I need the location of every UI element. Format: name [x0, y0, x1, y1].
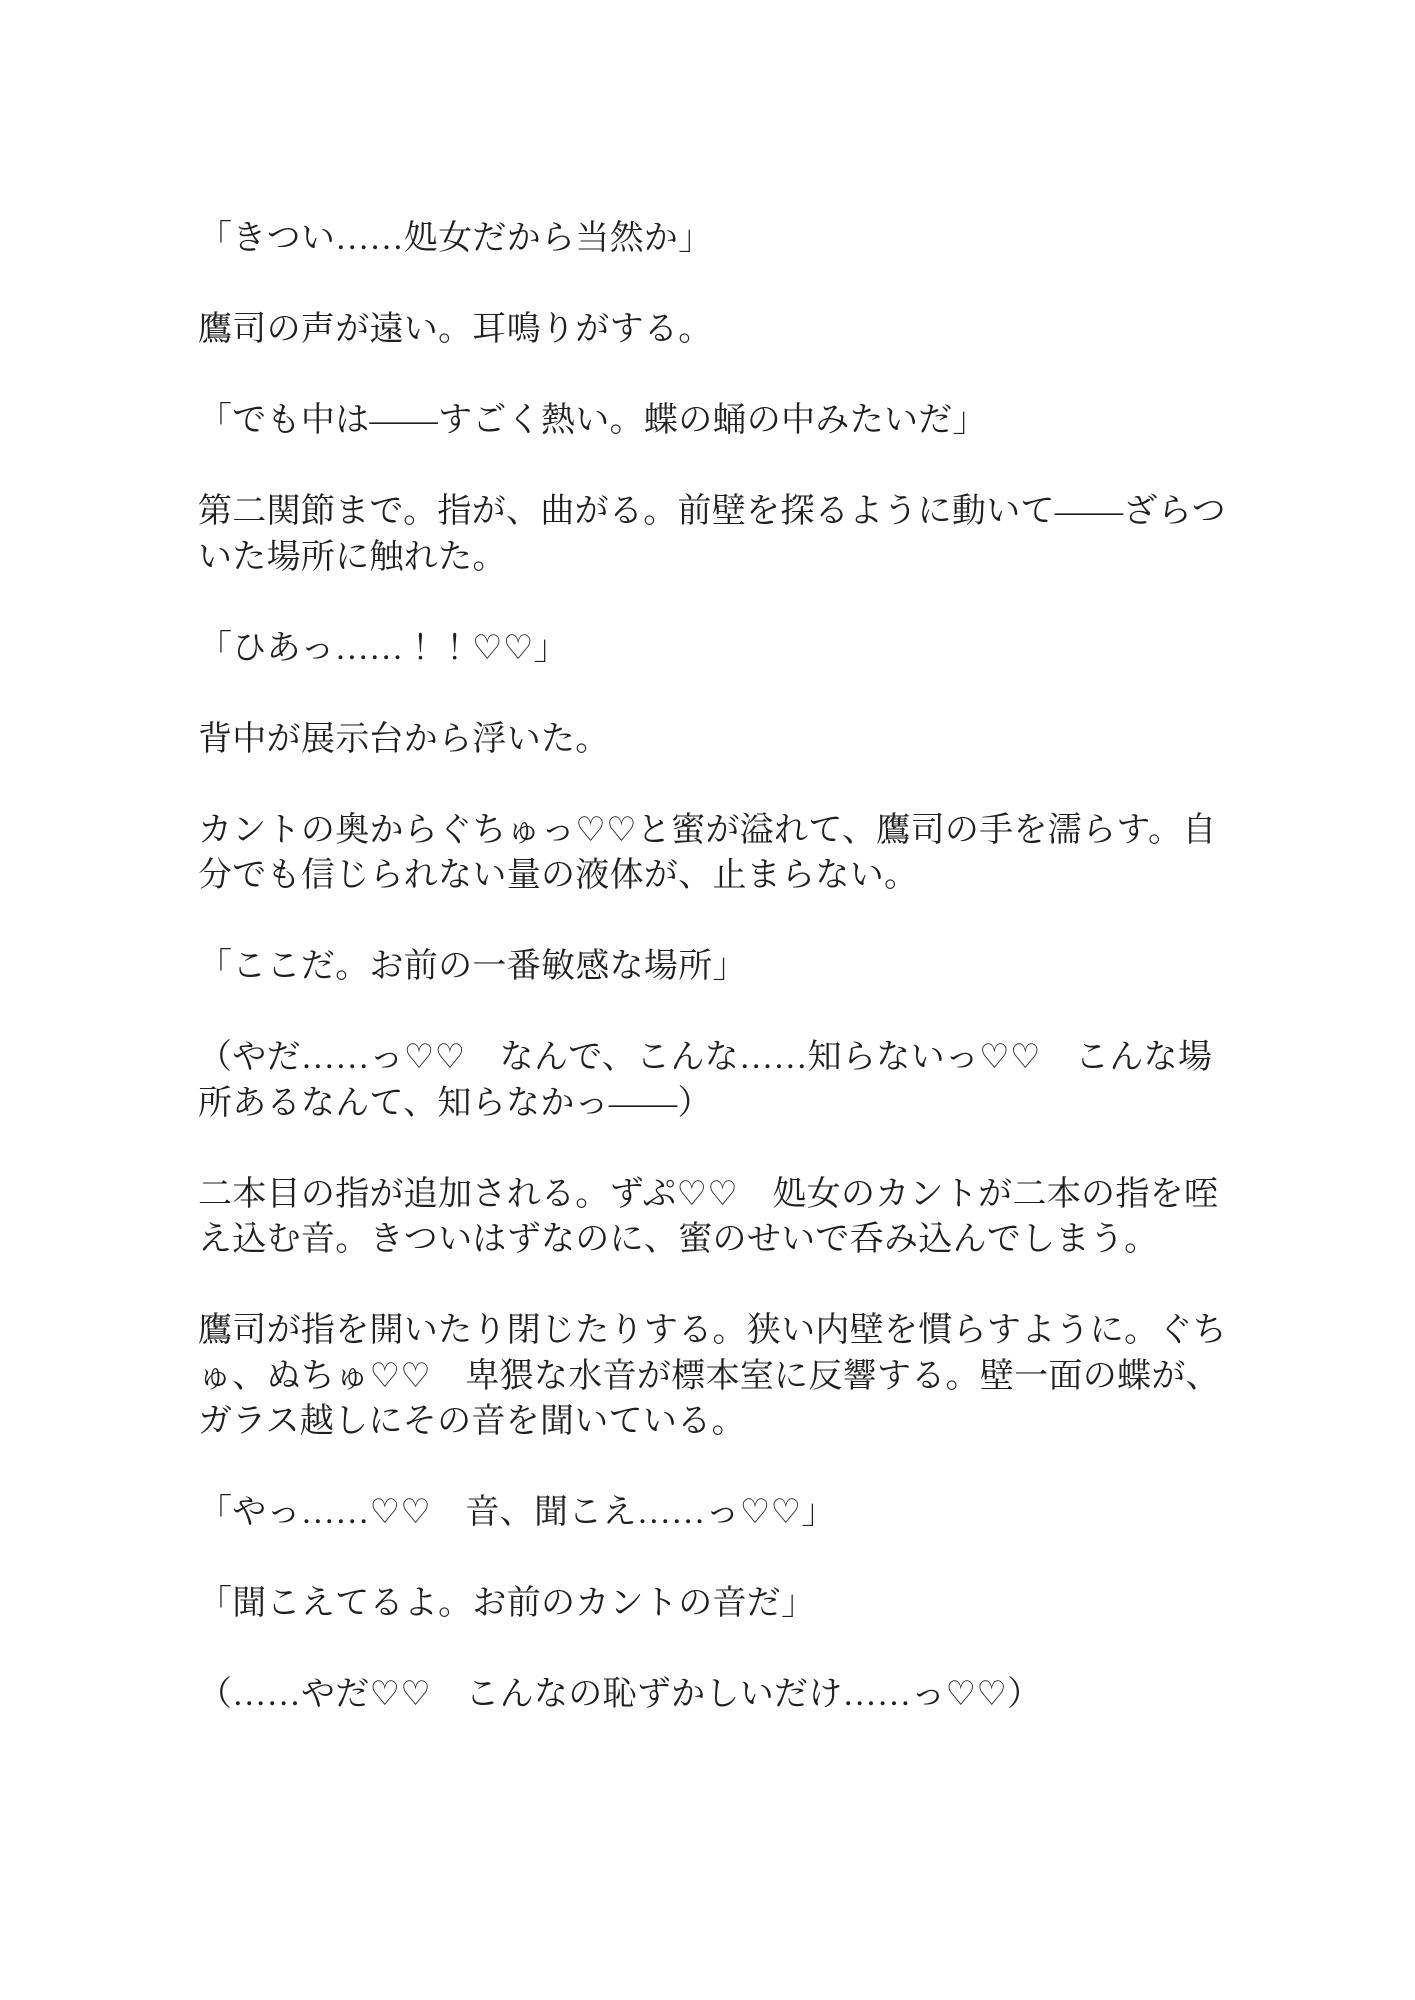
paragraph: 鷹司の声が遠い。耳鳴りがする。 [198, 307, 1234, 353]
text-line: 「聞こえてるよ。お前のカントの音だ」 [198, 1581, 1234, 1627]
paragraph: 「でも中は――すごく熱い。蝶の蛹の中みたいだ」 [198, 398, 1234, 444]
text-line: 「きつい……処女だから当然か」 [198, 216, 1234, 262]
text-block: 「きつい……処女だから当然か」 鷹司の声が遠い。耳鳴りがする。 「でも中は――す… [198, 216, 1234, 1763]
paragraph: 「聞こえてるよ。お前のカントの音だ」 [198, 1581, 1234, 1627]
text-line: 第二関節まで。指が、曲がる。前壁を探るように動いて――ざらつ [198, 489, 1234, 535]
paragraph: 二本目の指が追加される。ずぷ♡♡ 処女のカントが二本の指を咥 え込む音。きついは… [198, 1172, 1234, 1263]
paragraph: （やだ……っ♡♡ なんで、こんな……知らないっ♡♡ こんな場 所あるなんて、知ら… [198, 1035, 1234, 1126]
paragraph: カントの奥からぐちゅっ♡♡と蜜が溢れて、鷹司の手を濡らす。自 分でも信じられない… [198, 808, 1234, 899]
paragraph: 「ひあっ……！！♡♡」 [198, 626, 1234, 672]
paragraph: （……やだ♡♡ こんなの恥ずかしいだけ……っ♡♡） [198, 1672, 1234, 1718]
text-line: 所あるなんて、知らなかっ――） [198, 1081, 1234, 1127]
document-page: 「きつい……処女だから当然か」 鷹司の声が遠い。耳鳴りがする。 「でも中は――す… [0, 0, 1415, 2000]
paragraph: 「やっ……♡♡ 音、聞こえ……っ♡♡」 [198, 1490, 1234, 1536]
paragraph: 「きつい……処女だから当然か」 [198, 216, 1234, 262]
paragraph: 鷹司が指を開いたり閉じたりする。狭い内壁を慣らすように。ぐち ゅ、ぬちゅ♡♡ 卑… [198, 1308, 1234, 1445]
text-line: 「やっ……♡♡ 音、聞こえ……っ♡♡」 [198, 1490, 1234, 1536]
paragraph: 背中が展示台から浮いた。 [198, 717, 1234, 763]
text-line: 鷹司が指を開いたり閉じたりする。狭い内壁を慣らすように。ぐち [198, 1308, 1234, 1354]
text-line: 鷹司の声が遠い。耳鳴りがする。 [198, 307, 1234, 353]
text-line: 「ここだ。お前の一番敏感な場所」 [198, 944, 1234, 990]
text-line: （やだ……っ♡♡ なんで、こんな……知らないっ♡♡ こんな場 [198, 1035, 1234, 1081]
text-line: ゅ、ぬちゅ♡♡ 卑猥な水音が標本室に反響する。壁一面の蝶が、 [198, 1354, 1234, 1400]
paragraph: 第二関節まで。指が、曲がる。前壁を探るように動いて――ざらつ いた場所に触れた。 [198, 489, 1234, 580]
text-line: 背中が展示台から浮いた。 [198, 717, 1234, 763]
text-line: え込む音。きついはずなのに、蜜のせいで呑み込んでしまう。 [198, 1217, 1234, 1263]
text-line: （……やだ♡♡ こんなの恥ずかしいだけ……っ♡♡） [198, 1672, 1234, 1718]
text-line: カントの奥からぐちゅっ♡♡と蜜が溢れて、鷹司の手を濡らす。自 [198, 808, 1234, 854]
text-line: ガラス越しにその音を聞いている。 [198, 1399, 1234, 1445]
text-line: 「でも中は――すごく熱い。蝶の蛹の中みたいだ」 [198, 398, 1234, 444]
text-line: いた場所に触れた。 [198, 535, 1234, 581]
text-line: 「ひあっ……！！♡♡」 [198, 626, 1234, 672]
text-line: 分でも信じられない量の液体が、止まらない。 [198, 853, 1234, 899]
text-line: 二本目の指が追加される。ずぷ♡♡ 処女のカントが二本の指を咥 [198, 1172, 1234, 1218]
paragraph: 「ここだ。お前の一番敏感な場所」 [198, 944, 1234, 990]
